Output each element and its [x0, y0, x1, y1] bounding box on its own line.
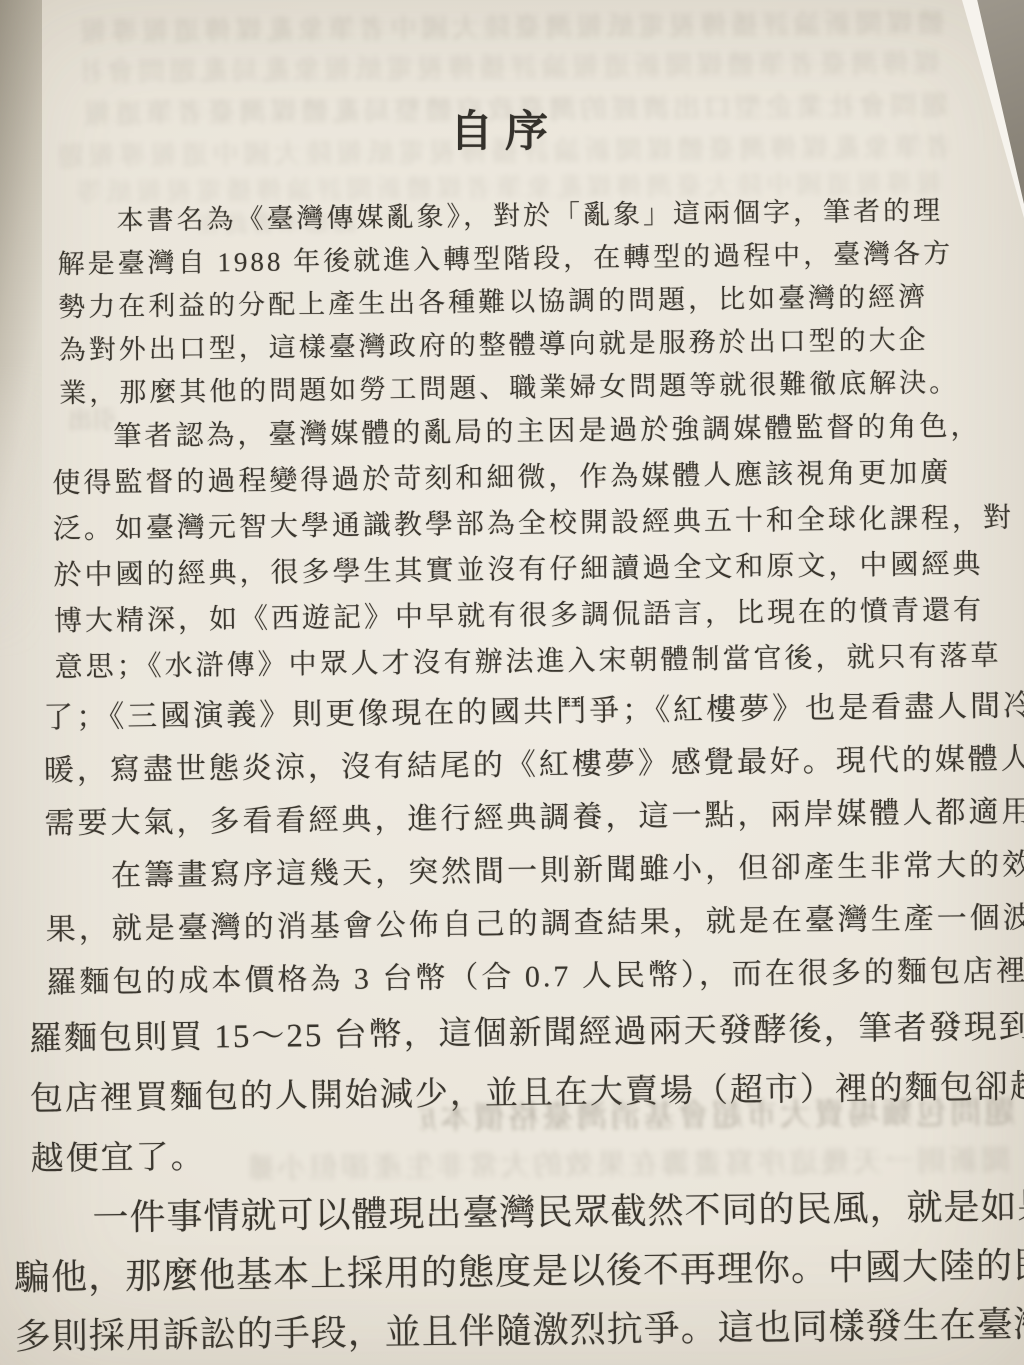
text-line: 包店裡買麵包的人開始減少，並且在大賣場（超市）裡的麵包卻越來	[30, 1058, 989, 1130]
body-text: 本書名為《臺灣傳媒亂象》，對於「亂象」這兩個字，筆者的理 解是臺灣自 1988 …	[0, 189, 1024, 1365]
bleedthrough-line: 媒傳灣臺者筆體媒聞新道報論評播傳視電紙報象亂局亂題問會社等	[84, 42, 940, 90]
text-line: 多則採用訴訟的手段，並且伴隨激烈抗爭。這也同樣發生在臺灣南部	[14, 1296, 1019, 1365]
page: 體媒聞新論評播傳視電紙報灣臺陸大國中者筆象亂媒傳道報導報人 媒傳灣臺者筆體媒聞新…	[0, 0, 1024, 1365]
page-title: 自序	[0, 98, 1024, 159]
bleedthrough-line: 體媒聞新論評播傳視電紙報灣臺陸大國中者筆象亂媒傳道報導報人	[80, 1, 944, 49]
book-page-photo: 體媒聞新論評播傳視電紙報灣臺陸大國中者筆象亂媒傳道報導報人 媒傳灣臺者筆體媒聞新…	[0, 0, 1024, 1365]
